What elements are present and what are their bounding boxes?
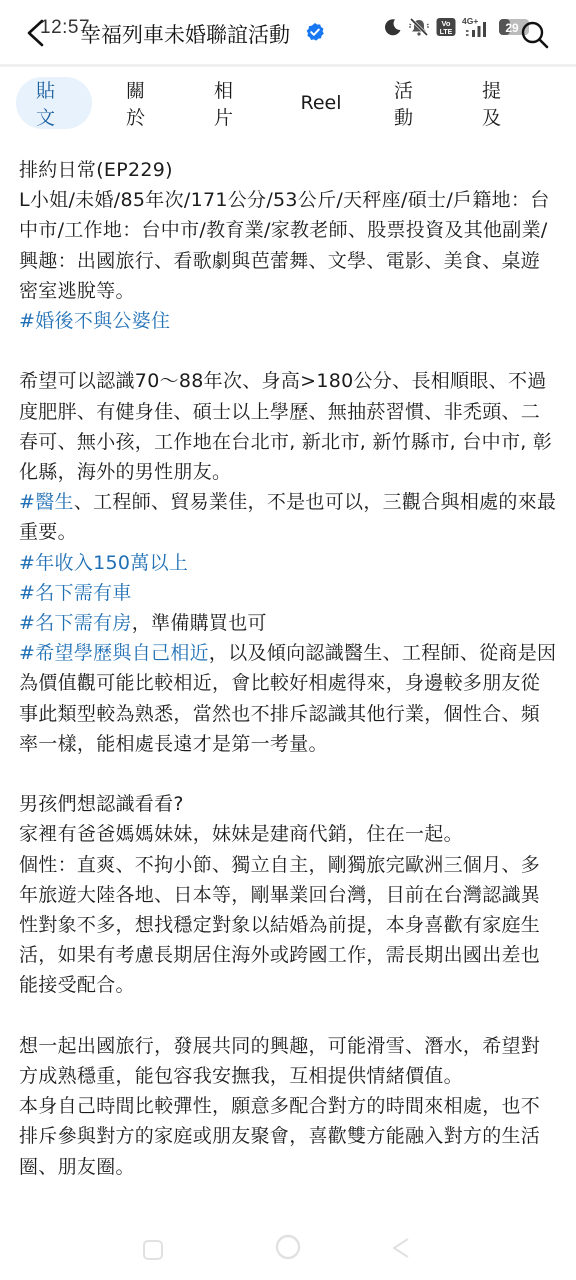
hashtag-link[interactable]: #婚後不與公婆住 xyxy=(19,310,170,332)
header-divider xyxy=(0,64,576,67)
schedule-info: 本身自己時間比較彈性，願意多配合對方的時間來相處，也不排斥參與對方的家庭或朋友聚… xyxy=(19,1091,559,1182)
hashtag-link[interactable]: #名下需有車 xyxy=(19,582,132,604)
partner-requirements: 希望可以認識70～88年次、身高>180公分、長相順眼、不過度肥胖、有健身佳、碩… xyxy=(19,366,559,487)
tab-events[interactable]: 活動 xyxy=(374,77,448,129)
tab-mentions[interactable]: 提及 xyxy=(462,77,536,129)
house-text: ，準備購買也可 xyxy=(132,612,267,634)
tab-posts[interactable]: 貼文 xyxy=(16,77,92,129)
intro-question: 男孩們想認識看看? xyxy=(19,789,559,819)
facebook-page-screen: 12:57 幸福列車未婚聯誼活動 Vo LTE 4G+ xyxy=(0,0,576,1280)
back-icon[interactable] xyxy=(390,1236,412,1260)
hashtag-link[interactable]: #希望學歷與自己相近 xyxy=(19,642,209,664)
personality-info: 個性：直爽、不拘小節、獨立自主，剛獨旅完歐洲三個月、多年旅遊大陸各地、日本等，剛… xyxy=(19,850,559,1001)
home-icon[interactable] xyxy=(274,1233,302,1261)
interests-info: 想一起出國旅行，發展共同的興趣，可能滑雪、潛水，希望對方成熟穩重，能包容我安撫我… xyxy=(19,1031,559,1091)
family-info: 家裡有爸爸媽媽妹妹，妹妹是建商代銷，住在一起。 xyxy=(19,819,559,849)
bell-muted-icon xyxy=(408,17,430,37)
page-title: 幸福列車未婚聯誼活動 xyxy=(80,19,290,49)
paragraph-spacer xyxy=(19,336,559,366)
moon-icon xyxy=(384,18,402,36)
hashtag-link[interactable]: #年收入150萬以上 xyxy=(19,552,188,574)
svg-text:LTE: LTE xyxy=(440,29,453,36)
search-icon[interactable] xyxy=(520,20,550,50)
tab-photos[interactable]: 相片 xyxy=(194,77,268,129)
hashtag-link[interactable]: #醫生 xyxy=(19,491,74,513)
svg-text:4G+: 4G+ xyxy=(462,16,478,26)
svg-text:29: 29 xyxy=(505,21,519,35)
house-requirement: #名下需有房，準備購買也可 xyxy=(19,608,559,638)
post-title: 排約日常(EP229) xyxy=(19,155,559,185)
svg-text:Vo: Vo xyxy=(441,19,450,28)
profile-details: L小姐/未婚/85年次/171公分/53公斤/天秤座/碩士/戶籍地：台中市/工作… xyxy=(19,185,559,306)
education-preference: #希望學歷與自己相近，以及傾向認識醫生、工程師、從商是因為價值觀可能比較相近，會… xyxy=(19,638,559,759)
recent-apps-icon[interactable] xyxy=(142,1239,164,1261)
volte-icon: Vo LTE xyxy=(436,17,456,37)
page-header: 12:57 幸福列車未婚聯誼活動 Vo LTE 4G+ xyxy=(0,0,576,64)
tab-reels[interactable]: Reel xyxy=(282,77,360,129)
paragraph-spacer xyxy=(19,759,559,789)
post-body: 排約日常(EP229) L小姐/未婚/85年次/171公分/53公斤/天秤座/碩… xyxy=(19,155,559,1182)
hashtag-link[interactable]: #名下需有房 xyxy=(19,612,132,634)
occupation-preference: #醫生、工程師、貿易業佳，不是也可以，三觀合與相處的來最重要。 xyxy=(19,487,559,547)
occupation-text: 、工程師、貿易業佳，不是也可以，三觀合與相處的來最重要。 xyxy=(19,491,556,543)
page-tabs: 貼文 關於 相片 Reel 活動 提及 xyxy=(16,76,576,130)
paragraph-spacer xyxy=(19,1001,559,1031)
signal-icon: 4G+ xyxy=(462,16,492,38)
status-icons: Vo LTE 4G+ 29 xyxy=(384,14,532,40)
tab-about[interactable]: 關於 xyxy=(106,77,180,129)
verified-badge-icon xyxy=(305,22,325,42)
